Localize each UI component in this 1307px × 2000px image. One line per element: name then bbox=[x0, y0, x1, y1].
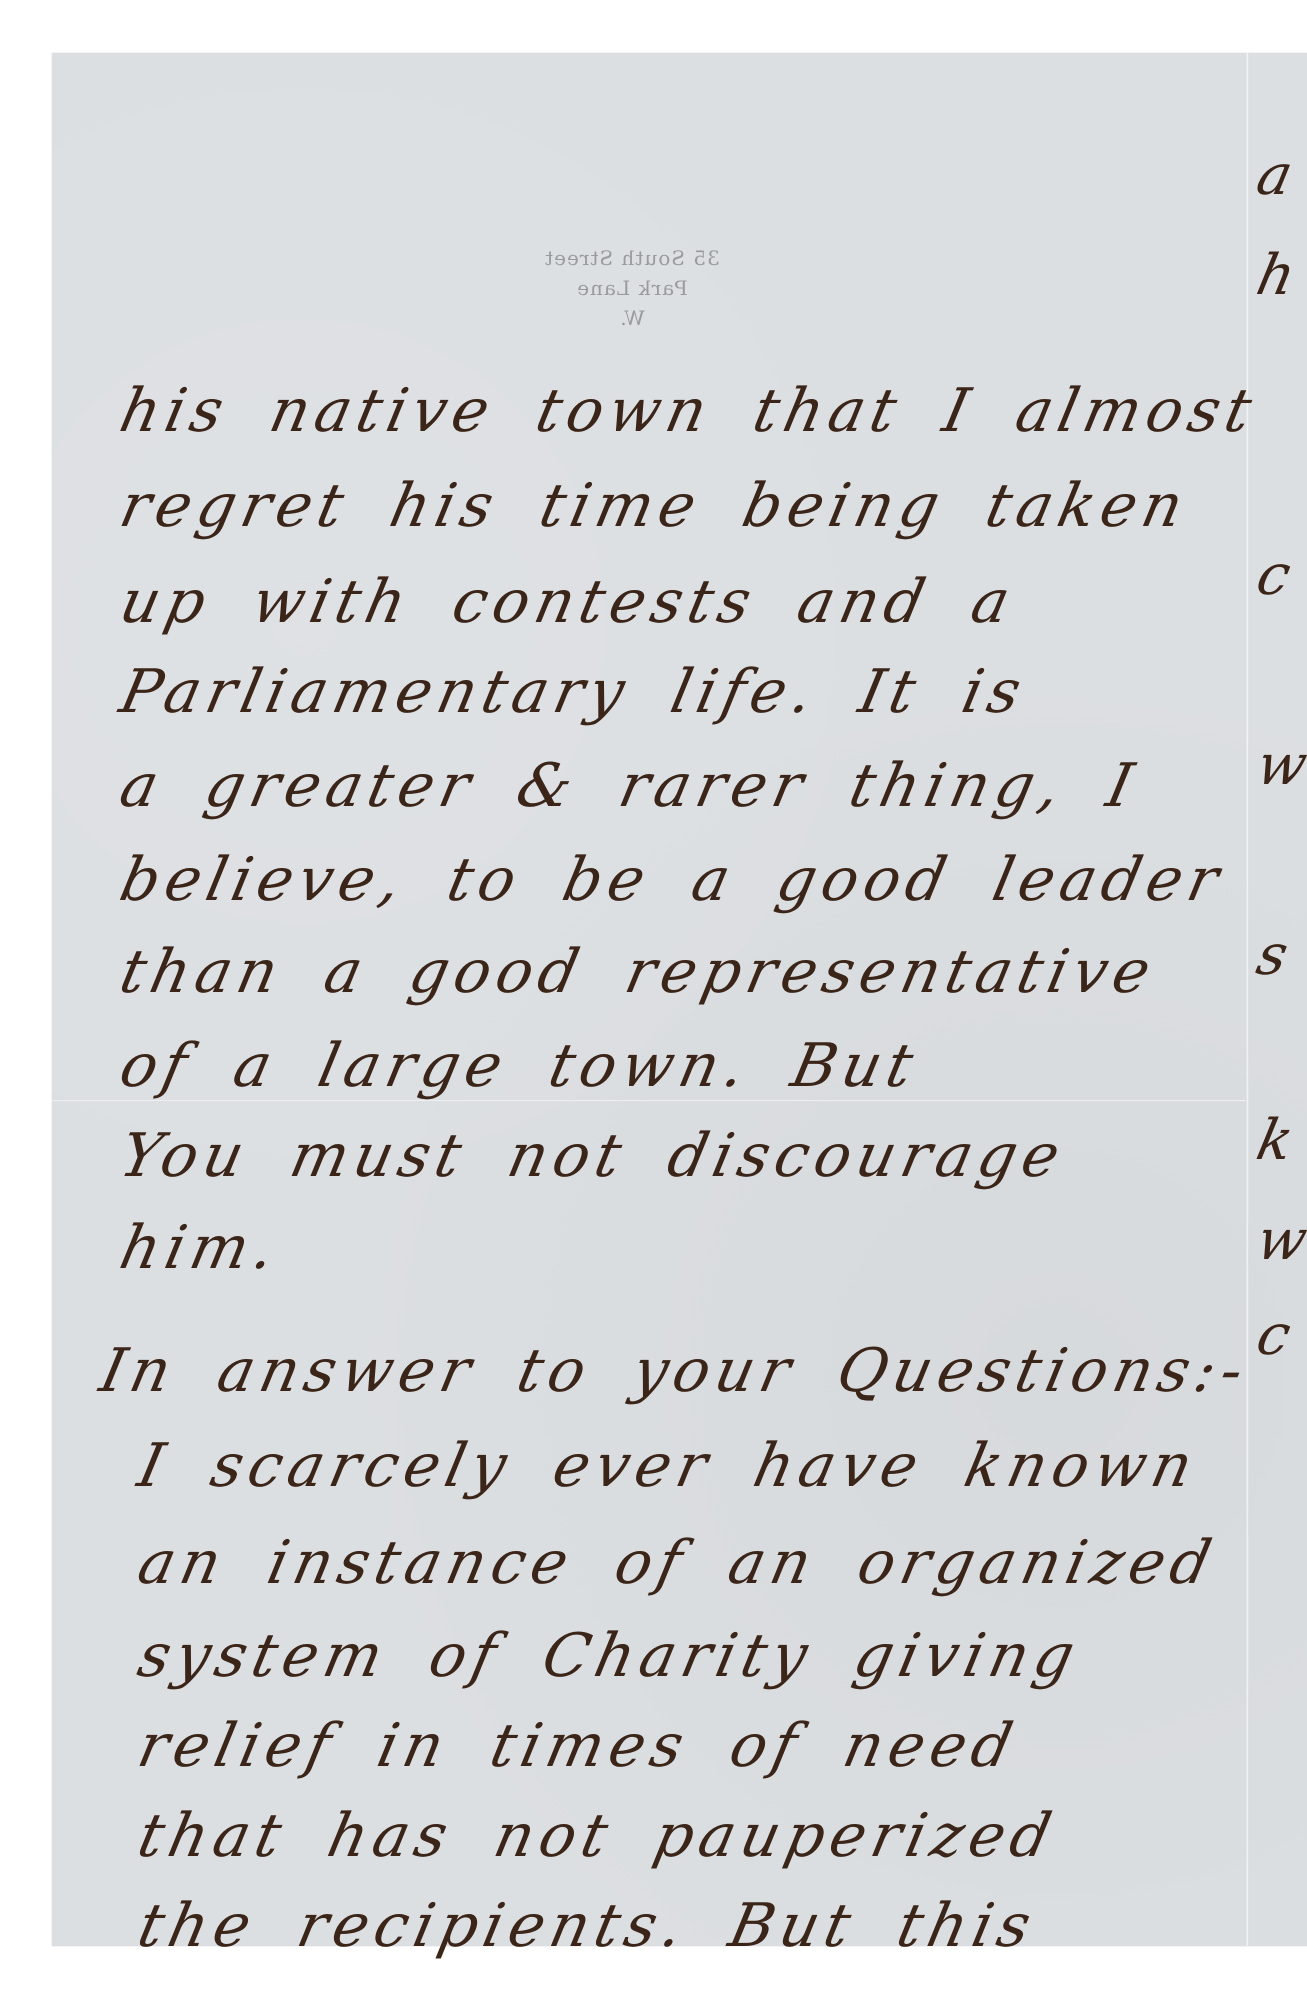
handwritten-line: In answer to your Questions:- bbox=[94, 1336, 1255, 1406]
handwritten-line: him. bbox=[114, 1213, 287, 1283]
handwritten-line: his native town that I almost bbox=[114, 376, 1263, 446]
handwritten-line: believe, to be a good leader bbox=[114, 845, 1231, 915]
adjacent-page-fragment: c bbox=[1252, 543, 1296, 608]
letter-paper: 35 South Street Park Lane W. his native … bbox=[52, 53, 1307, 1946]
handwritten-line: up with contests and a bbox=[114, 567, 1022, 637]
handwritten-line: system of Charity giving bbox=[132, 1621, 1086, 1691]
handwritten-line: that has not pauperized bbox=[132, 1801, 1063, 1871]
adjacent-page-fragment: k bbox=[1252, 1108, 1299, 1173]
handwritten-line: than a good representative bbox=[114, 937, 1162, 1007]
handwritten-line: a greater & rarer thing, I bbox=[114, 751, 1145, 821]
adjacent-page-fragment: w bbox=[1252, 733, 1307, 798]
handwritten-line: the recipients. But this bbox=[132, 1891, 1043, 1961]
handwritten-line: of a large town. But bbox=[114, 1031, 925, 1101]
handwritten-line: I scarcely ever have known bbox=[132, 1431, 1204, 1501]
adjacent-page-fragment: a bbox=[1252, 143, 1298, 208]
handwritten-body: his native town that I almost regret his… bbox=[52, 53, 1246, 1946]
vertical-fold-crease bbox=[1246, 53, 1249, 1946]
handwritten-line: relief in times of need bbox=[132, 1711, 1024, 1781]
adjacent-page-fragment: h bbox=[1252, 243, 1301, 308]
adjacent-page-edge: a h c w s k w c bbox=[1252, 53, 1307, 1946]
handwritten-line: regret his time being taken bbox=[114, 471, 1195, 541]
adjacent-page-fragment: c bbox=[1252, 1303, 1296, 1368]
adjacent-page-fragment: s bbox=[1252, 923, 1294, 988]
handwritten-line: Parliamentary life. It is bbox=[114, 657, 1033, 727]
adjacent-page-fragment: w bbox=[1252, 1208, 1307, 1273]
handwritten-line: You must not discourage bbox=[114, 1121, 1072, 1191]
handwritten-line: an instance of an organized bbox=[132, 1528, 1223, 1598]
